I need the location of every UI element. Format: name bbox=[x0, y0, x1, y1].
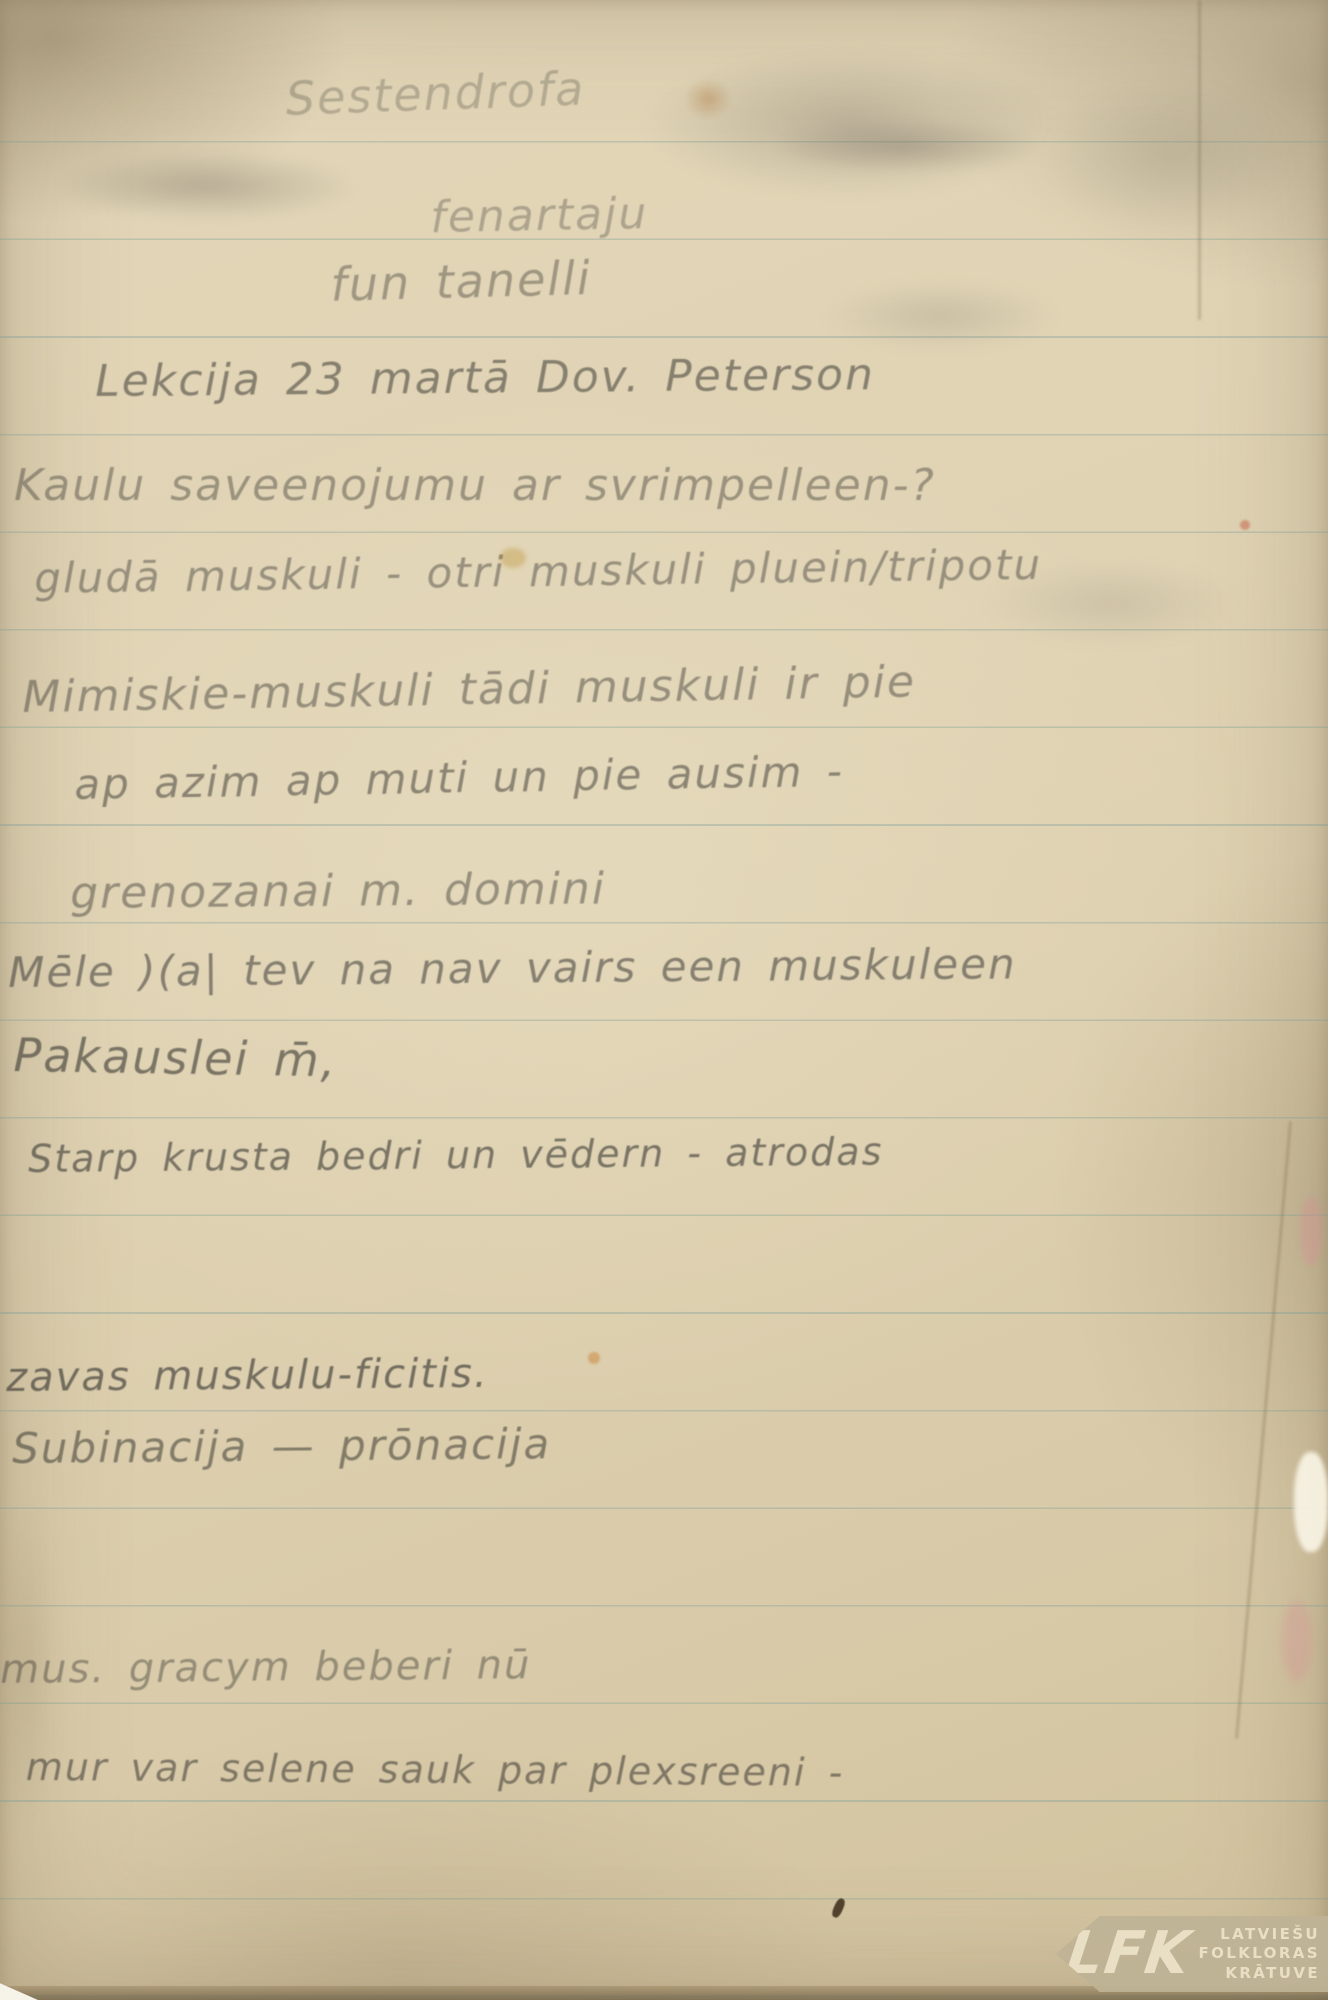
handwritten-line: Mēle )(a| tev na nav vairs een muskuleen bbox=[8, 943, 1017, 994]
handwritten-line: Lekcija 23 martā Dov. Peterson bbox=[95, 353, 875, 404]
ruled-lines bbox=[0, 45, 1328, 2000]
watermark-line: LATVIEŠU bbox=[1220, 1925, 1320, 1943]
watermark-label: LATVIEŠU FOLKLORAS KRĀTUVE bbox=[1198, 1925, 1320, 1984]
handwritten-line: mus. gracym beberi nū bbox=[0, 1645, 532, 1690]
archive-watermark-badge: LFK LATVIEŠU FOLKLORAS KRĀTUVE bbox=[1056, 1916, 1328, 1992]
handwritten-line: Pakauslei m̄, bbox=[13, 1032, 338, 1084]
handwritten-line: Starp krusta bedri un vēdern - atrodas bbox=[28, 1133, 884, 1178]
handwritten-line: Sestendrofa bbox=[285, 66, 586, 122]
handwritten-line: fun tanelli bbox=[330, 255, 592, 308]
handwritten-line: mur var selene sauk par plexsreeni - bbox=[26, 1748, 845, 1792]
manuscript-page: Sestendrofa fenartaju fun tanelli Lekcij… bbox=[0, 0, 1328, 2000]
handwritten-line: grenozanai m. domini bbox=[70, 867, 606, 916]
watermark-line: FOLKLORAS bbox=[1198, 1944, 1320, 1962]
handwritten-line: zavas muskulu-ficitis. bbox=[6, 1354, 489, 1398]
handwritten-line: Subinacija — prōnacija bbox=[12, 1423, 551, 1470]
handwritten-line: fenartaju bbox=[430, 192, 649, 240]
watermark-line: KRĀTUVE bbox=[1225, 1964, 1320, 1982]
handwritten-line: Kaulu saveenojumu ar svrimpelleen-? bbox=[14, 464, 936, 508]
